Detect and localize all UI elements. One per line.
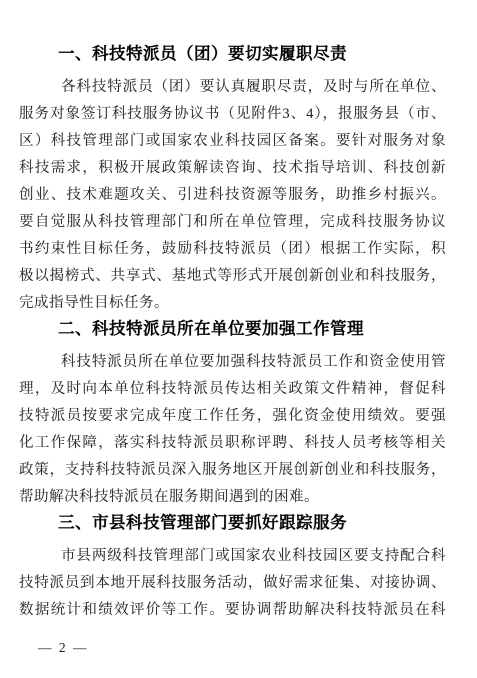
- text-line: 化工作保障，落实科技特派员职称评聘、科技人员考核等相关: [19, 430, 446, 457]
- text-line: 书约束性目标任务，鼓励科技特派员（团）根据工作实际，积: [19, 236, 446, 263]
- text-line: 要自觉服从科技管理部门和所在单位管理，完成科技服务协议: [19, 209, 446, 236]
- section-3-paragraph: 市县两级科技管理部门或国家农业科技园区要支持配合科 技特派员到本地开展科技服务活…: [19, 543, 446, 624]
- text-line: 极以揭榜式、共享式、基地式等形式开展创新创业和科技服务，: [19, 263, 446, 290]
- text-line: 市县两级科技管理部门或国家农业科技园区要支持配合科: [19, 543, 446, 570]
- section-2-heading: 二、科技特派员所在单位要加强工作管理: [19, 319, 446, 340]
- text-line: 理，及时向本单位科技特派员传达相关政策文件精神，督促科: [19, 376, 446, 403]
- text-line: 科技特派员所在单位要加强科技特派员工作和资金使用管: [19, 349, 446, 376]
- section-1-paragraph: 各科技特派员（团）要认真履职尽责，及时与所在单位、 服务对象签订科技服务协议书（…: [19, 74, 446, 317]
- text-line: 创业、技术难题攻关、引进科技资源等服务，助推乡村振兴。: [19, 182, 446, 209]
- section-3: 三、市县科技管理部门要抓好跟踪服务 市县两级科技管理部门或国家农业科技园区要支持…: [19, 513, 446, 624]
- section-2: 二、科技特派员所在单位要加强工作管理 科技特派员所在单位要加强科技特派员工作和资…: [19, 319, 446, 511]
- page-number: — 2 —: [38, 640, 89, 656]
- section-1-heading: 一、科技特派员（团）要切实履职尽责: [19, 44, 446, 65]
- text-line: 完成指导性目标任务。: [19, 290, 446, 317]
- text-line: 科技需求，积极开展政策解读咨询、技术指导培训、科技创新: [19, 155, 446, 182]
- section-3-heading: 三、市县科技管理部门要抓好跟踪服务: [19, 513, 446, 534]
- text-line: 区）科技管理部门或国家农业科技园区备案。要针对服务对象: [19, 128, 446, 155]
- text-line: 技特派员到本地开展科技服务活动，做好需求征集、对接协调、: [19, 570, 446, 597]
- document-page: 一、科技特派员（团）要切实履职尽责 各科技特派员（团）要认真履职尽责，及时与所在…: [0, 0, 477, 678]
- text-line: 帮助解决科技特派员在服务期间遇到的困难。: [19, 484, 446, 511]
- document-body: 一、科技特派员（团）要切实履职尽责 各科技特派员（团）要认真履职尽责，及时与所在…: [19, 44, 446, 624]
- text-line: 政策，支持科技特派员深入服务地区开展创新创业和科技服务，: [19, 457, 446, 484]
- section-2-paragraph: 科技特派员所在单位要加强科技特派员工作和资金使用管 理，及时向本单位科技特派员传…: [19, 349, 446, 511]
- section-1: 一、科技特派员（团）要切实履职尽责 各科技特派员（团）要认真履职尽责，及时与所在…: [19, 44, 446, 317]
- text-line: 各科技特派员（团）要认真履职尽责，及时与所在单位、: [19, 74, 446, 101]
- text-line: 服务对象签订科技服务协议书（见附件3、4），报服务县（市、: [19, 101, 446, 128]
- text-line: 数据统计和绩效评价等工作。要协调帮助解决科技特派员在科: [19, 597, 446, 624]
- text-line: 技特派员按要求完成年度工作任务，强化资金使用绩效。要强: [19, 403, 446, 430]
